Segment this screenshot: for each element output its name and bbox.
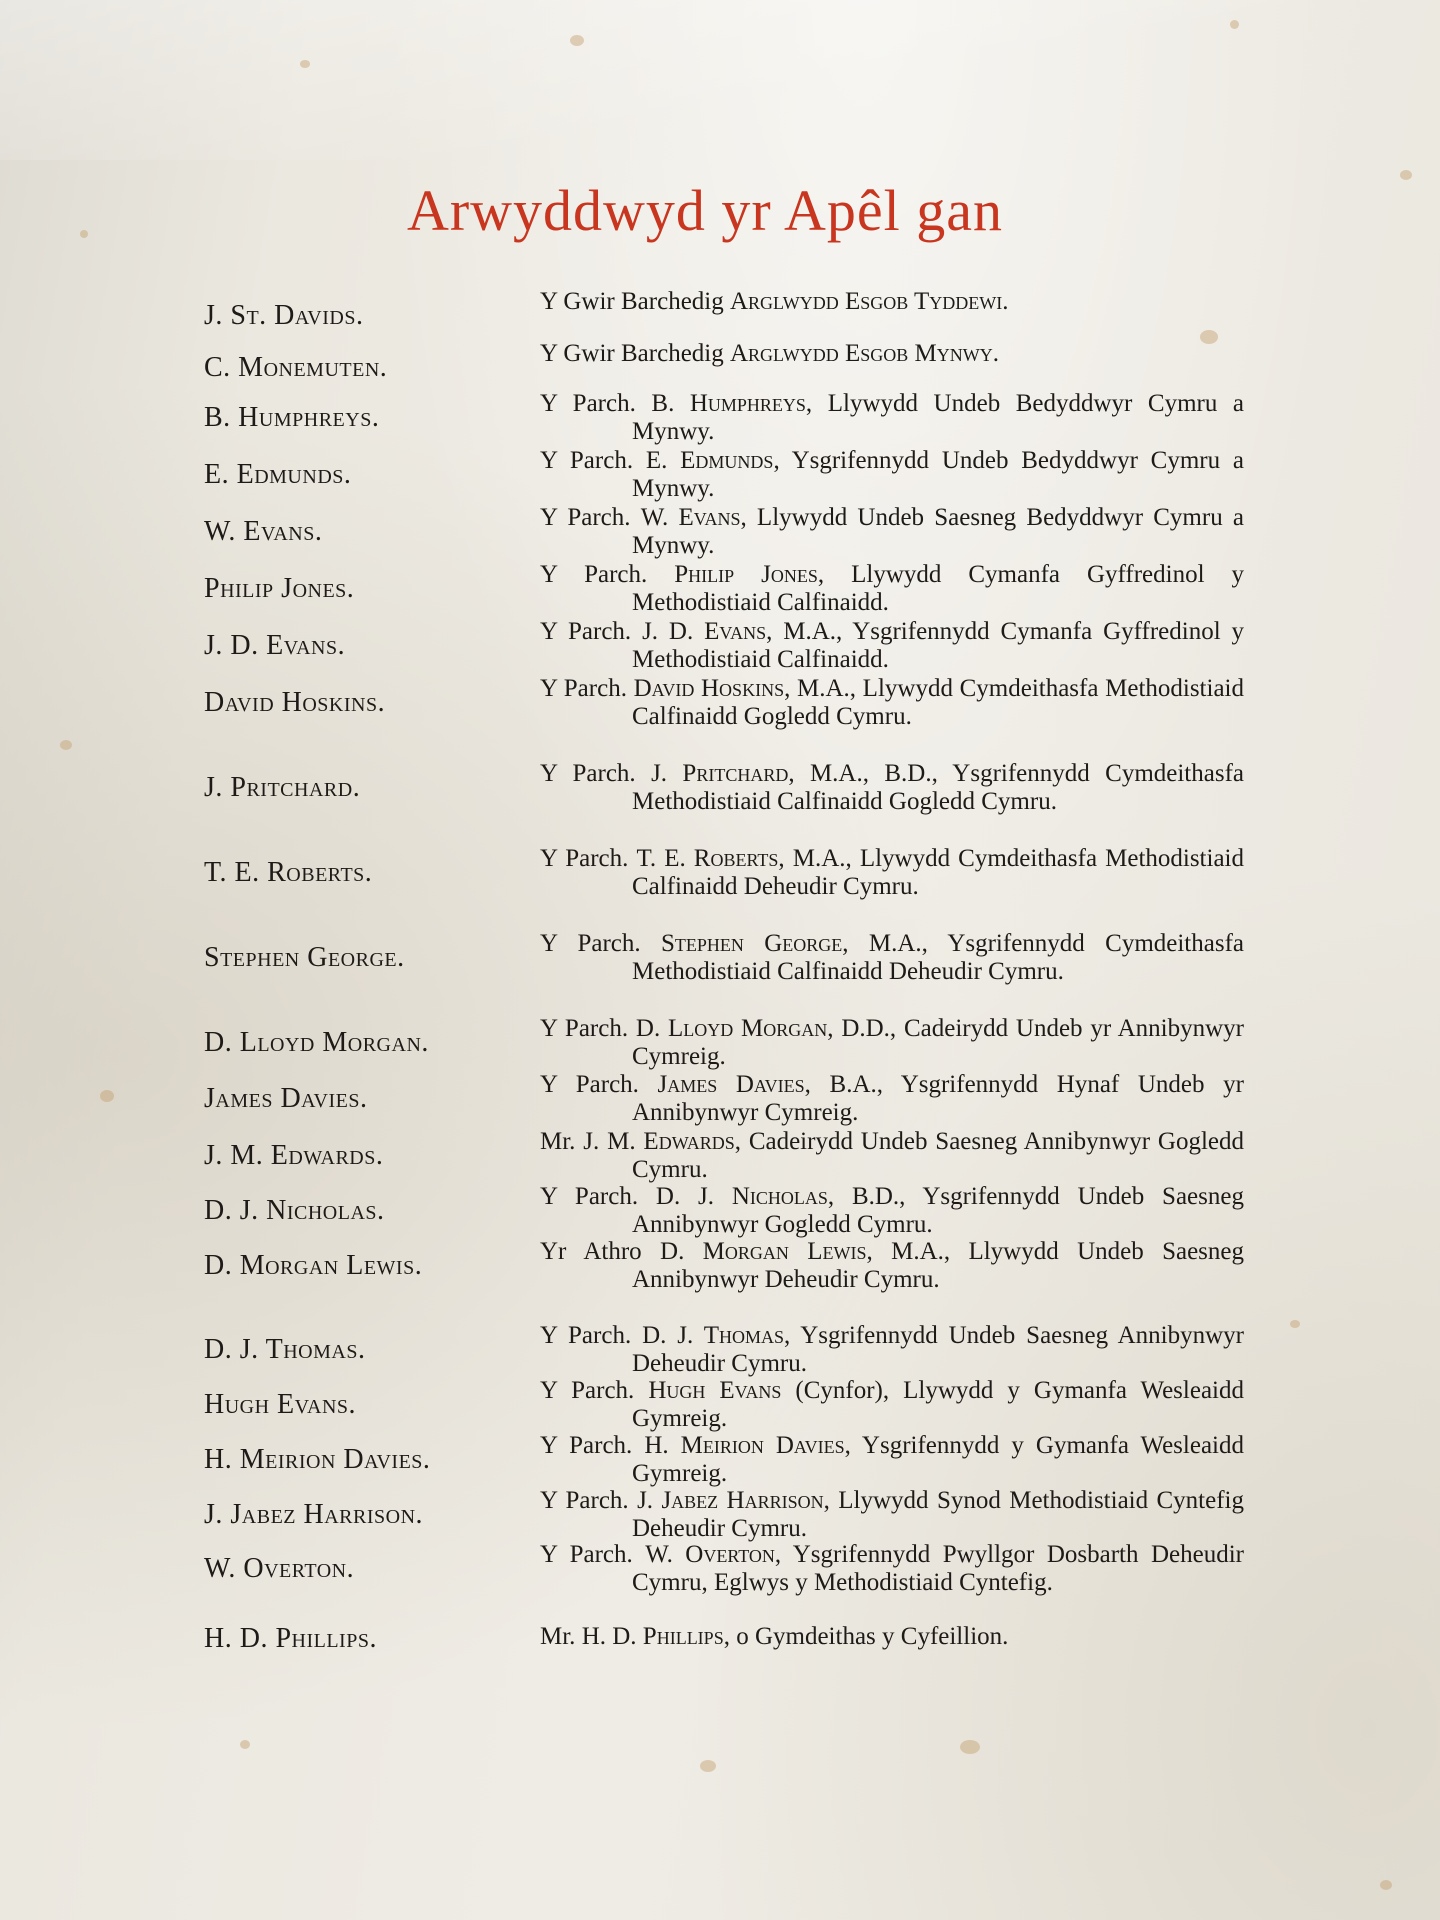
signature: E. Edmunds. bbox=[204, 447, 540, 491]
signatory-description: Y Parch. D. J. Thomas, Ysgrifennydd Unde… bbox=[540, 1322, 1244, 1378]
signatory-row: H. D. Phillips. Mr. H. D. Phillips, o Gy… bbox=[204, 1623, 1244, 1663]
signature: C. Monemuten. bbox=[204, 340, 540, 384]
signatory-description: Y Parch. D. J. Nicholas, B.D., Ysgrifenn… bbox=[540, 1183, 1244, 1239]
signatory-row: James Davies. Y Parch. James Davies, B.A… bbox=[204, 1071, 1244, 1128]
signatory-row: D. Morgan Lewis. Yr Athro D. Morgan Lewi… bbox=[204, 1238, 1244, 1322]
signatory-description: Y Parch. J. Pritchard, M.A., B.D., Ysgri… bbox=[540, 760, 1244, 816]
signature: D. J. Nicholas. bbox=[204, 1183, 540, 1227]
signature: Stephen George. bbox=[204, 930, 540, 974]
foxing-spot bbox=[1380, 1880, 1392, 1890]
signatory-description: Y Parch. B. Humphreys, Llywydd Undeb Bed… bbox=[540, 390, 1244, 446]
foxing-spot bbox=[60, 740, 72, 750]
signatory-description: Y Parch. Stephen George, M.A., Ysgrifenn… bbox=[540, 930, 1244, 986]
signatory-description: Y Parch. J. D. Evans, M.A., Ysgrifennydd… bbox=[540, 618, 1244, 674]
page-title: Arwyddwyd yr Apêl gan bbox=[0, 177, 1410, 244]
signatory-row: W. Evans. Y Parch. W. Evans, Llywydd Und… bbox=[204, 504, 1244, 561]
signatory-row: Hugh Evans. Y Parch. Hugh Evans (Cynfor)… bbox=[204, 1377, 1244, 1432]
signatory-row: W. Overton. Y Parch. W. Overton, Ysgrife… bbox=[204, 1541, 1244, 1623]
signature: Philip Jones. bbox=[204, 561, 540, 605]
signatory-row: D. J. Nicholas. Y Parch. D. J. Nicholas,… bbox=[204, 1183, 1244, 1238]
signatory-description: Y Gwir Barchedig Arglwydd Esgob Mynwy. bbox=[540, 340, 1244, 368]
page-fold-highlight bbox=[0, 0, 1440, 160]
signature: D. Morgan Lewis. bbox=[204, 1238, 540, 1282]
signatory-description: Y Parch. W. Evans, Llywydd Undeb Saesneg… bbox=[540, 504, 1244, 560]
signature: J. St. Davids. bbox=[204, 288, 540, 332]
signature: J. M. Edwards. bbox=[204, 1128, 540, 1172]
foxing-spot bbox=[700, 1760, 716, 1772]
signatory-description: Y Parch. David Hoskins, M.A., Llywydd Cy… bbox=[540, 675, 1244, 731]
signature: David Hoskins. bbox=[204, 675, 540, 719]
foxing-spot bbox=[100, 1090, 114, 1102]
signatory-row: T. E. Roberts. Y Parch. T. E. Roberts, M… bbox=[204, 845, 1244, 930]
signature: W. Evans. bbox=[204, 504, 540, 548]
signature: James Davies. bbox=[204, 1071, 540, 1115]
signature: J. D. Evans. bbox=[204, 618, 540, 662]
signatory-description: Yr Athro D. Morgan Lewis, M.A., Llywydd … bbox=[540, 1238, 1244, 1294]
foxing-spot bbox=[960, 1740, 980, 1754]
signature: B. Humphreys. bbox=[204, 390, 540, 434]
signatory-row: E. Edmunds. Y Parch. E. Edmunds, Ysgrife… bbox=[204, 447, 1244, 504]
signature: H. D. Phillips. bbox=[204, 1623, 540, 1655]
signature: D. J. Thomas. bbox=[204, 1322, 540, 1366]
signatory-row: J. Jabez Harrison. Y Parch. J. Jabez Har… bbox=[204, 1487, 1244, 1541]
signatory-description: Y Parch. James Davies, B.A., Ysgrifennyd… bbox=[540, 1071, 1244, 1127]
signatory-row: B. Humphreys. Y Parch. B. Humphreys, Lly… bbox=[204, 390, 1244, 447]
signatory-description: Y Parch. W. Overton, Ysgrifennydd Pwyllg… bbox=[540, 1541, 1244, 1597]
signatory-row: J. St. Davids. Y Gwir Barchedig Arglwydd… bbox=[204, 288, 1244, 340]
signatory-row: Philip Jones. Y Parch. Philip Jones, Lly… bbox=[204, 561, 1244, 618]
signature: H. Meirion Davies. bbox=[204, 1432, 540, 1476]
signature: J. Pritchard. bbox=[204, 760, 540, 804]
signatory-row: H. Meirion Davies. Y Parch. H. Meirion D… bbox=[204, 1432, 1244, 1487]
signatory-description: Y Parch. Hugh Evans (Cynfor), Llywydd y … bbox=[540, 1377, 1244, 1433]
signatory-description: Y Parch. H. Meirion Davies, Ysgrifennydd… bbox=[540, 1432, 1244, 1488]
signatory-description: Y Parch. T. E. Roberts, M.A., Llywydd Cy… bbox=[540, 845, 1244, 901]
signature: W. Overton. bbox=[204, 1541, 540, 1585]
foxing-spot bbox=[1290, 1320, 1300, 1328]
signature: D. Lloyd Morgan. bbox=[204, 1015, 540, 1059]
signature: Hugh Evans. bbox=[204, 1377, 540, 1421]
signatory-row: C. Monemuten. Y Gwir Barchedig Arglwydd … bbox=[204, 340, 1244, 390]
signatory-list: J. St. Davids. Y Gwir Barchedig Arglwydd… bbox=[204, 288, 1244, 1663]
signatory-row: J. M. Edwards. Mr. J. M. Edwards, Cadeir… bbox=[204, 1128, 1244, 1183]
signatory-row: Stephen George. Y Parch. Stephen George,… bbox=[204, 930, 1244, 1015]
signatory-description: Y Parch. D. Lloyd Morgan, D.D., Cadeiryd… bbox=[540, 1015, 1244, 1071]
foxing-spot bbox=[300, 60, 310, 68]
page-background: Arwyddwyd yr Apêl gan J. St. Davids. Y G… bbox=[0, 0, 1440, 1920]
signatory-description: Mr. J. M. Edwards, Cadeirydd Undeb Saesn… bbox=[540, 1128, 1244, 1184]
signature: J. Jabez Harrison. bbox=[204, 1487, 540, 1531]
signatory-description: Y Parch. E. Edmunds, Ysgrifennydd Undeb … bbox=[540, 447, 1244, 503]
signatory-row: J. Pritchard. Y Parch. J. Pritchard, M.A… bbox=[204, 760, 1244, 845]
foxing-spot bbox=[1230, 20, 1239, 29]
foxing-spot bbox=[240, 1740, 250, 1749]
signatory-row: David Hoskins. Y Parch. David Hoskins, M… bbox=[204, 675, 1244, 760]
signatory-description: Y Gwir Barchedig Arglwydd Esgob Tyddewi. bbox=[540, 288, 1244, 316]
foxing-spot bbox=[570, 35, 584, 46]
signatory-row: D. Lloyd Morgan. Y Parch. D. Lloyd Morga… bbox=[204, 1015, 1244, 1071]
signature: T. E. Roberts. bbox=[204, 845, 540, 889]
signatory-row: D. J. Thomas. Y Parch. D. J. Thomas, Ysg… bbox=[204, 1322, 1244, 1377]
signatory-row: J. D. Evans. Y Parch. J. D. Evans, M.A.,… bbox=[204, 618, 1244, 675]
signatory-description: Mr. H. D. Phillips, o Gymdeithas y Cyfei… bbox=[540, 1623, 1244, 1651]
signatory-description: Y Parch. Philip Jones, Llywydd Cymanfa G… bbox=[540, 561, 1244, 617]
signatory-description: Y Parch. J. Jabez Harrison, Llywydd Syno… bbox=[540, 1487, 1244, 1543]
